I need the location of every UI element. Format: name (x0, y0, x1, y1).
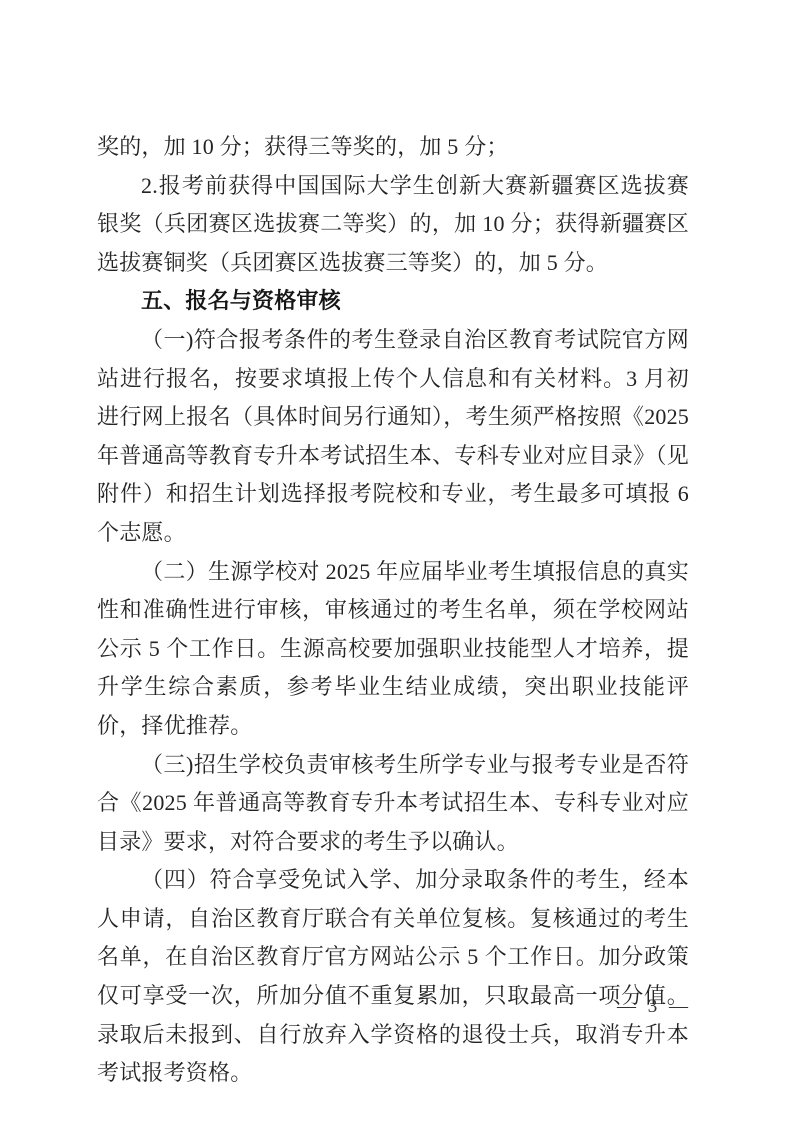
page-number: — 3 — (0, 996, 688, 1018)
paragraph-section-item-3: （三)招生学校负责审核考生所学专业与报考专业是否符合《2025 年普通高等教育专… (97, 746, 689, 862)
document-page: 奖的，加 10 分；获得三等奖的，加 5 分； 2.报考前获得中国国际大学生创新… (0, 0, 793, 1121)
paragraph-section-item-4: （四）符合享受免试入学、加分录取条件的考生，经本人申请，自治区教育厅联合有关单位… (97, 861, 689, 1093)
section-heading-registration-review: 五、报名与资格审核 (97, 282, 689, 321)
paragraph-section-item-2: （二）生源学校对 2025 年应届毕业考生填报信息的真实性和准确性进行审核，审核… (97, 553, 689, 746)
paragraph-bonus-continuation: 奖的，加 10 分；获得三等奖的，加 5 分； (97, 128, 689, 167)
paragraph-section-item-1: （一)符合报考条件的考生登录自治区教育考试院官方网站进行报名，按要求填报上传个人… (97, 321, 689, 553)
document-body: 奖的，加 10 分；获得三等奖的，加 5 分； 2.报考前获得中国国际大学生创新… (97, 128, 689, 1093)
paragraph-bonus-item-2: 2.报考前获得中国国际大学生创新大赛新疆赛区选拔赛银奖（兵团赛区选拔赛二等奖）的… (97, 167, 689, 283)
